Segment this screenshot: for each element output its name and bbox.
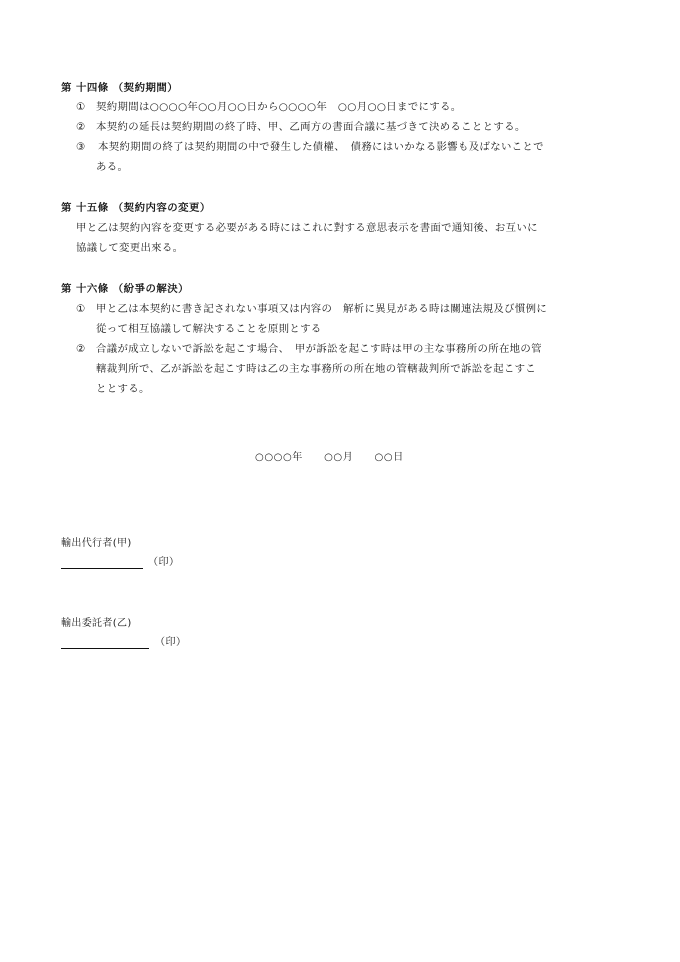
article-15-text: 甲と乙は契約內容を変更する必要がある時にはこれに對する意思表示を書面で通知後、お… xyxy=(76,221,538,235)
article-16-heading: 第 十六條 （紛爭の解決） xyxy=(61,282,189,296)
contract-page: 第 十四條 （契約期間） ① 契約期間は○○○○年○○月○○日から○○○○年 ○… xyxy=(0,0,680,962)
article-16-item-2-text-cont: 轄裁判所で、乙が訴訟を起こす時は乙の主な事務所の所在地の管轄裁判所で訴訟を起こす… xyxy=(96,362,536,376)
article-14-item-2-num: ② xyxy=(76,120,86,134)
article-16-item-1-text-cont: 從って相互協議して解決することを原則とする xyxy=(96,322,322,336)
article-16-item-1-num: ① xyxy=(76,302,86,316)
seal-mark-export-consignor: （印） xyxy=(155,636,187,650)
article-14-heading: 第 十四條 （契約期間） xyxy=(61,81,178,95)
signature-line-exporter-agent xyxy=(61,568,143,569)
article-14-item-1-num: ① xyxy=(76,100,86,114)
article-16-item-2-text-cont2: ととする。 xyxy=(96,382,150,396)
signature-label-export-consignor: 輸出委託者(乙) xyxy=(61,617,132,631)
seal-mark-exporter-agent: （印） xyxy=(148,556,180,570)
signature-label-exporter-agent: 輸出代行者(甲) xyxy=(61,537,132,551)
article-14-item-2-text: 本契約の延長は契約期間の終了時、甲、乙両方の書面合議に基づきて決めることとする。 xyxy=(96,120,526,134)
article-14-item-3-num: ③ xyxy=(76,140,86,154)
article-14-item-3-text: 本契約期間の終了は契約期間の中で發生した債權、 債務にはいかなる影響も及ばないこ… xyxy=(98,140,544,154)
article-16-item-2-text: 合議が成立しないで訴訟を起こす場合、 甲が訴訟を起こす時は甲の主な事務所の所在地… xyxy=(96,342,542,356)
article-15-text-cont: 協議して変更出來る。 xyxy=(76,241,183,255)
article-15-heading: 第 十五條 （契約内容の変更） xyxy=(61,201,211,215)
signature-line-export-consignor xyxy=(61,648,149,649)
article-16-item-2-num: ② xyxy=(76,342,86,356)
article-14-item-1-text: 契約期間は○○○○年○○月○○日から○○○○年 ○○月○○日までにする。 xyxy=(96,100,461,114)
article-16-item-1-text: 甲と乙は本契約に書き記されない事項又は内容の 解析に異見がある時は關連法規及び慣… xyxy=(96,302,547,316)
contract-date: ○○○○年 ○○月 ○○日 xyxy=(255,451,404,465)
article-14-item-3-text-cont: ある。 xyxy=(96,160,128,174)
